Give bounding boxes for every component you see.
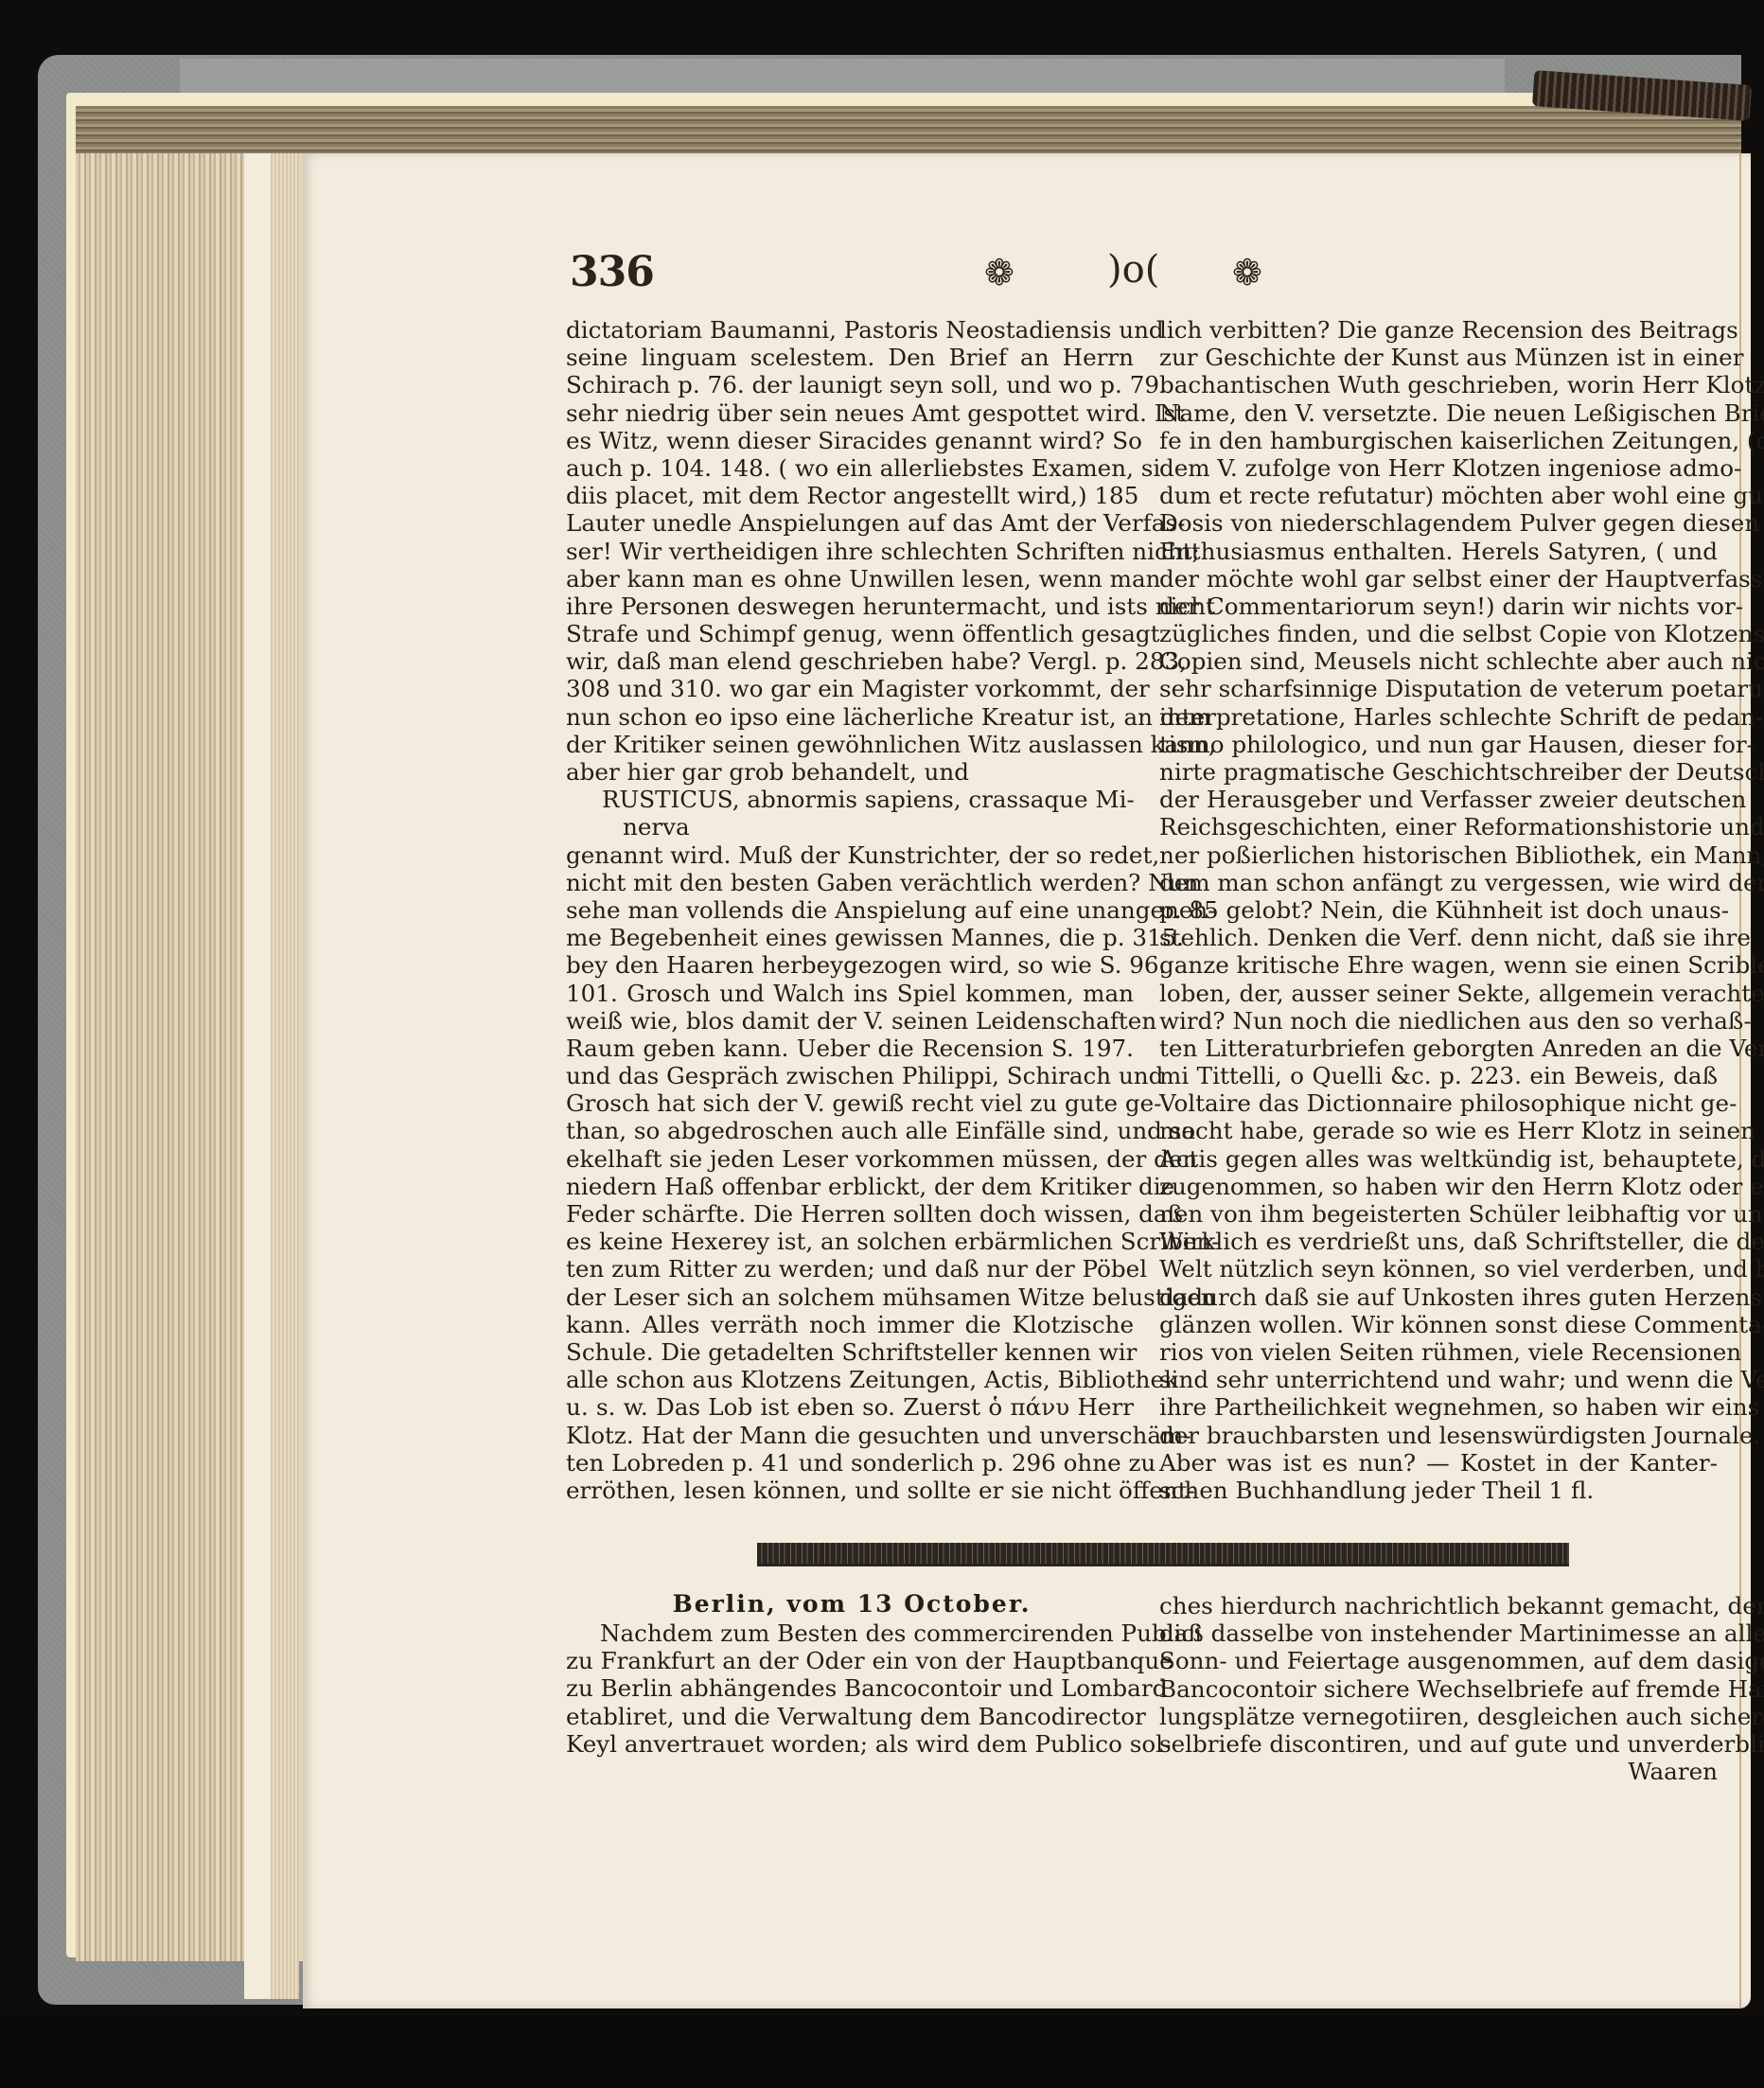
text-line: schen Buchhandlung jeder Theil 1 fl. (1159, 1477, 1718, 1504)
text-line: nun schon eo ipso eine lächerliche Kreat… (566, 703, 1134, 731)
page-number: 336 (570, 248, 654, 296)
text-line: genannt wird. Muß der Kunstrichter, der … (566, 841, 1134, 869)
review-left-text: dictatoriam Baumanni, Pastoris Neostadie… (566, 316, 1134, 786)
text-line: Grosch hat sich der V. gewiß recht viel … (566, 1089, 1134, 1117)
review-right-column: lich verbitten? Die ganze Recension des … (1159, 316, 1718, 1504)
text-line: ner poßierlichen historischen Bibliothek… (1159, 841, 1718, 869)
text-line: lungsplätze vernegotiiren, desgleichen a… (1159, 1703, 1718, 1730)
text-line: Raum geben kann. Ueber die Recension S. … (566, 1035, 1134, 1062)
text-line: tismo philologico, und nun gar Hausen, d… (1159, 731, 1718, 758)
text-line: der Leser sich an solchem mühsamen Witze… (566, 1283, 1134, 1311)
leaf-edges (271, 153, 299, 1999)
text-line: sehr niedrig über sein neues Amt gespott… (566, 399, 1134, 427)
page-top-edge (76, 106, 1741, 153)
text-line: glänzen wollen. Wir können sonst diese C… (1159, 1311, 1718, 1338)
text-line: dictatoriam Baumanni, Pastoris Neostadie… (566, 316, 1134, 344)
text-line: Bancocontoir sichere Wechselbriefe auf f… (1159, 1675, 1718, 1703)
notice-left-text: Nachdem zum Besten des commercirenden Pu… (566, 1619, 1134, 1758)
text-line: seine linguam scelestem. Den Brief an He… (566, 344, 1134, 371)
book-cover-top (180, 59, 1505, 97)
section-divider-rule (757, 1543, 1569, 1566)
text-line: sehr scharfsinnige Disputation de veteru… (1159, 675, 1718, 702)
text-line: zu Frankfurt an der Oder ein von der Hau… (566, 1647, 1134, 1674)
text-line: u. s. w. Das Lob ist eben so. Zuerst ὁ π… (566, 1393, 1134, 1421)
text-line: Lauter unedle Anspielungen auf das Amt d… (566, 509, 1134, 537)
text-line: loben, der, ausser seiner Sekte, allgeme… (1159, 980, 1718, 1007)
review-left-text-cont: genannt wird. Muß der Kunstrichter, der … (566, 841, 1134, 1505)
text-line: dum et recte refutatur) möchten aber woh… (1159, 482, 1718, 509)
text-line: der brauchbarsten und lesenswürdigsten J… (1159, 1422, 1718, 1449)
shell-ornament-icon: ❁ (1232, 252, 1262, 293)
text-line: wird? Nun noch die niedlichen aus den so… (1159, 1007, 1718, 1035)
text-line: bachantischen Wuth geschrieben, worin He… (1159, 371, 1718, 398)
text-line: ihre Partheilichkeit wegnehmen, so haben… (1159, 1393, 1718, 1421)
text-line: Sonn- und Feiertage ausgenommen, auf dem… (1159, 1647, 1718, 1674)
text-line: sind sehr unterrichtend und wahr; und we… (1159, 1366, 1718, 1393)
text-line: aber kann man es ohne Unwillen lesen, we… (566, 565, 1134, 593)
running-head: 336 ❁ )o( ❁ (570, 248, 1677, 305)
text-line: fe in den hamburgischen kaiserlichen Zei… (1159, 427, 1718, 454)
text-line: Enthusiasmus enthalten. Herels Satyren, … (1159, 538, 1718, 565)
text-line: ser! Wir vertheidigen ihre schlechten Sc… (566, 538, 1134, 565)
text-line: Name, den V. versetzte. Die neuen Leßigi… (1159, 399, 1718, 427)
text-line: der Commentariorum seyn!) darin wir nich… (1159, 593, 1718, 620)
text-line: Wirklich es verdrießt uns, daß Schriftst… (1159, 1228, 1718, 1255)
text-line: ekelhaft sie jeden Leser vorkommen müsse… (566, 1145, 1134, 1173)
text-line: ten Litteraturbriefen geborgten Anreden … (1159, 1035, 1718, 1062)
notice-left-column: Nachdem zum Besten des commercirenden Pu… (566, 1619, 1134, 1758)
text-line: weiß wie, blos damit der V. seinen Leide… (566, 1007, 1134, 1035)
text-line: sehe man vollends die Anspielung auf ein… (566, 896, 1134, 924)
text-line: alle schon aus Klotzens Zeitungen, Actis… (566, 1366, 1134, 1393)
text-line: lich verbitten? Die ganze Recension des … (1159, 316, 1718, 344)
text-line: nicht mit den besten Gaben verächtlich w… (566, 869, 1134, 896)
text-line: zugenommen, so haben wir den Herrn Klotz… (1159, 1173, 1718, 1200)
text-line: etabliret, und die Verwaltung dem Bancod… (566, 1703, 1134, 1730)
text-line: macht habe, gerade so wie es Herr Klotz … (1159, 1117, 1718, 1144)
text-line: Klotz. Hat der Mann die gesuchten und un… (566, 1422, 1134, 1449)
quote-rusticus: RUSTICUS, abnormis sapiens, crassaque Mi… (566, 786, 1134, 813)
text-line: stehlich. Denken die Verf. denn nicht, d… (1159, 924, 1718, 951)
text-line: Keyl anvertrauet worden; als wird dem Pu… (566, 1730, 1134, 1758)
text-line: diis placet, mit dem Rector angestellt w… (566, 482, 1134, 509)
text-line: niedern Haß offenbar erblickt, der dem K… (566, 1173, 1134, 1200)
shell-ornament-icon: ❁ (984, 252, 1014, 293)
text-line: und das Gespräch zwischen Philippi, Schi… (566, 1062, 1134, 1089)
text-line: nen von ihm begeisterten Schüler leibhaf… (1159, 1200, 1718, 1228)
text-line: der Kritiker seinen gewöhnlichen Witz au… (566, 731, 1134, 758)
text-line: auch p. 104. 148. ( wo ein allerliebstes… (566, 454, 1134, 482)
quote-rusticus-cont: nerva (566, 813, 1134, 841)
text-line: Welt nützlich seyn können, so viel verde… (1159, 1255, 1718, 1283)
text-line: es keine Hexerey ist, an solchen erbärml… (566, 1228, 1134, 1255)
text-line: mi Tittelli, o Quelli &c. p. 223. ein Be… (1159, 1062, 1718, 1089)
text-line: der Herausgeber und Verfasser zweier deu… (1159, 786, 1718, 813)
text-line: Schirach p. 76. der launigt seyn soll, u… (566, 371, 1134, 398)
text-line: ten zum Ritter zu werden; und daß nur de… (566, 1255, 1134, 1283)
text-line: selbriefe discontiren, und auf gute und … (1159, 1730, 1718, 1758)
text-line: daß dasselbe von instehender Martinimess… (1159, 1619, 1718, 1647)
text-line: Dosis von niederschlagendem Pulver gegen… (1159, 509, 1718, 537)
catchword: Waaren (1159, 1758, 1718, 1785)
text-line: Copien sind, Meusels nicht schlechte abe… (1159, 647, 1718, 675)
text-line: erröthen, lesen können, und sollte er si… (566, 1477, 1134, 1504)
text-line: rios von vielen Seiten rühmen, viele Rec… (1159, 1338, 1718, 1366)
text-line: Feder schärfte. Die Herren sollten doch … (566, 1200, 1134, 1228)
text-line: p. 85 gelobt? Nein, die Kühnheit ist doc… (1159, 896, 1718, 924)
text-line: dem man schon anfängt zu vergessen, wie … (1159, 869, 1718, 896)
text-line: Reichsgeschichten, einer Reformationshis… (1159, 813, 1718, 841)
text-line: ganze kritische Ehre wagen, wenn sie ein… (1159, 951, 1718, 979)
text-line: ches hierdurch nachrichtlich bekannt gem… (1159, 1592, 1718, 1619)
background (0, 2016, 1764, 2088)
text-line: Voltaire das Dictionnaire philosophique … (1159, 1089, 1718, 1117)
review-left-column: dictatoriam Baumanni, Pastoris Neostadie… (566, 316, 1134, 1504)
news-dateline: Berlin, vom 13 October. (568, 1590, 1136, 1618)
text-line: me Begebenheit eines gewissen Mannes, di… (566, 924, 1134, 951)
text-line: zu Berlin abhängendes Bancocontoir und L… (566, 1674, 1134, 1702)
text-line: es Witz, wenn dieser Siracides genannt w… (566, 427, 1134, 454)
text-line: than, so abgedroschen auch alle Einfälle… (566, 1117, 1134, 1144)
text-line: kann. Alles verräth noch immer die Klotz… (566, 1311, 1134, 1338)
text-line: der möchte wohl gar selbst einer der Hau… (1159, 565, 1718, 593)
text-line: 101. Grosch und Walch ins Spiel kommen, … (566, 980, 1134, 1007)
notice-right-text: ches hierdurch nachrichtlich bekannt gem… (1159, 1592, 1718, 1758)
text-line: bey den Haaren herbeygezogen wird, so wi… (566, 951, 1134, 979)
text-line: 308 und 310. wo gar ein Magister vorkomm… (566, 675, 1134, 702)
text-line: Strafe und Schimpf genug, wenn öffentlic… (566, 620, 1134, 647)
text-line: zur Geschichte der Kunst aus Münzen ist … (1159, 344, 1718, 371)
text-line: zügliches finden, und die selbst Copie v… (1159, 620, 1718, 647)
text-line: dem V. zufolge von Herr Klotzen ingenios… (1159, 454, 1718, 482)
notice-right-column: ches hierdurch nachrichtlich bekannt gem… (1159, 1592, 1718, 1785)
text-line: wir, daß man elend geschrieben habe? Ver… (566, 647, 1134, 675)
text-line: ihre Personen deswegen heruntermacht, un… (566, 593, 1134, 620)
text-line: Actis gegen alles was weltkündig ist, be… (1159, 1145, 1718, 1173)
inserted-leaf (244, 153, 271, 1999)
text-line: Schule. Die getadelten Schriftsteller ke… (566, 1338, 1134, 1366)
review-right-text: lich verbitten? Die ganze Recension des … (1159, 316, 1718, 1504)
text-line: dadurch daß sie auf Unkosten ihres guten… (1159, 1283, 1718, 1311)
text-line: nirte pragmatische Geschichtschreiber de… (1159, 758, 1718, 786)
text-line: aber hier gar grob behandelt, und (566, 758, 1134, 786)
text-line: Nachdem zum Besten des commercirenden Pu… (566, 1619, 1134, 1647)
divider-ornament-icon: )o( (1107, 248, 1159, 292)
text-line: ten Lobreden p. 41 und sonderlich p. 296… (566, 1449, 1134, 1477)
text-line: interpretatione, Harles schlechte Schrif… (1159, 703, 1718, 731)
text-line: Aber was ist es nun? — Kostet in der Kan… (1159, 1449, 1718, 1477)
